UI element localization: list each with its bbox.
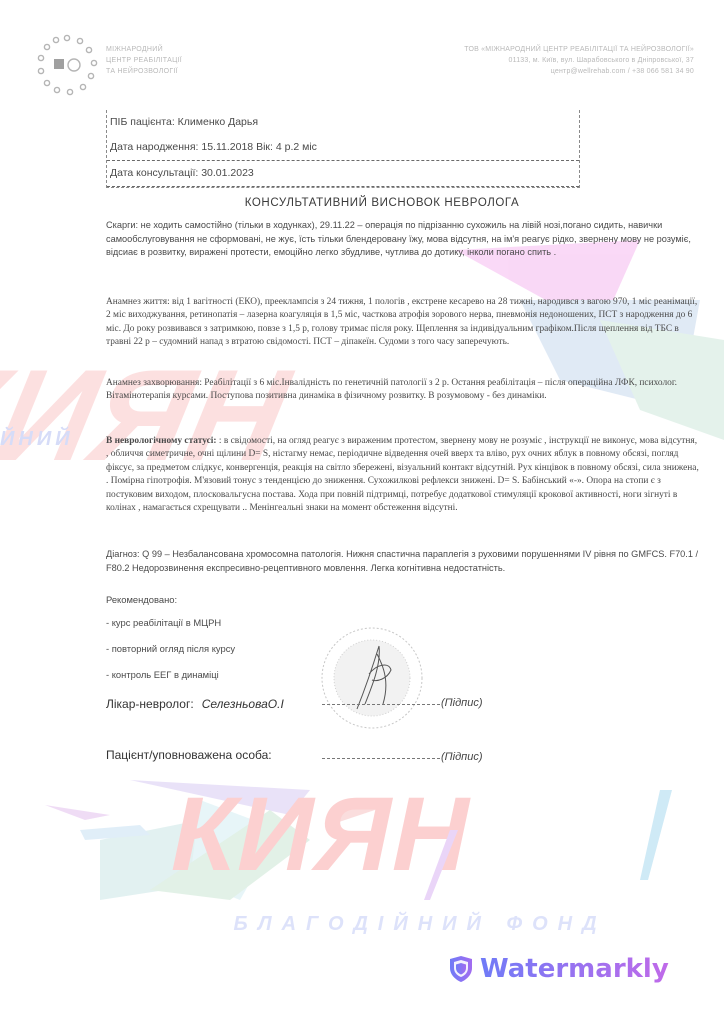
org-name-left: МІЖНАРОДНИЙ ЦЕНТР РЕАБІЛІТАЦІЇ ТА НЕЙРОЗ… [106, 44, 182, 77]
doctor-signature-row: Лікар-невролог:СелезньоваО.І [106, 697, 284, 711]
complaints-section: Скарги: не ходить самостійно (тільки в х… [106, 219, 700, 260]
watermarkly-text: Watermarkly [480, 954, 669, 984]
document-title: КОНСУЛЬТАТИВНИЙ ВИСНОВОК НЕВРОЛОГА [0, 197, 724, 209]
patient-name-row: ПІБ пацієнта: Клименко Дарья [107, 110, 579, 135]
clinic-logo [36, 34, 98, 96]
patient-signature-line [322, 758, 440, 759]
patient-age: 4 р.2 міс [276, 141, 317, 153]
recommendations-label: Рекомендовано: [106, 594, 177, 605]
diagnosis-section: Діагноз: Q 99 – Незбалансована хромосомн… [106, 548, 700, 575]
doctor-name: СелезньоваО.І [202, 697, 284, 711]
consult-date-row: Дата консультації: 30.01.2023 [107, 160, 579, 187]
watermarkly-badge: Watermarkly [448, 954, 669, 984]
shield-icon [448, 955, 474, 983]
patient-info-box: ПІБ пацієнта: Клименко Дарья Дата народж… [106, 110, 580, 188]
recommendation-item: - повторний огляд після курсу [106, 643, 235, 654]
patient-name: Клименко Дарья [178, 116, 258, 128]
patient-signature-caption: (Підпис) [441, 751, 483, 763]
birth-date: 15.11.2018 [201, 141, 253, 153]
doctor-stamp-signature [317, 624, 427, 732]
patient-signature-label: Пацієнт/уповноважена особа: [106, 748, 272, 762]
doctor-signature-line [322, 704, 440, 705]
org-contacts-right: ТОВ «МІЖНАРОДНИЙ ЦЕНТР РЕАБІЛІТАЦІЇ ТА Н… [464, 44, 694, 77]
recommendation-item: - контроль ЕЕГ в динаміці [106, 669, 219, 680]
birth-date-row: Дата народження: 15.11.2018 Вік: 4 р.2 м… [107, 135, 579, 160]
recommendation-item: - курс реабілітації в МЦРН [106, 617, 221, 628]
neuro-status-section: В неврологічному статусі: : в свідомості… [106, 435, 700, 515]
doctor-signature-caption: (Підпис) [441, 697, 483, 709]
disease-history-section: Анамнез захворювання: Реабілітації з 6 м… [106, 377, 700, 404]
consult-date: 30.01.2023 [201, 167, 254, 179]
life-history-section: Анамнез життя: від 1 вагітності (ЕКО), п… [106, 296, 700, 350]
